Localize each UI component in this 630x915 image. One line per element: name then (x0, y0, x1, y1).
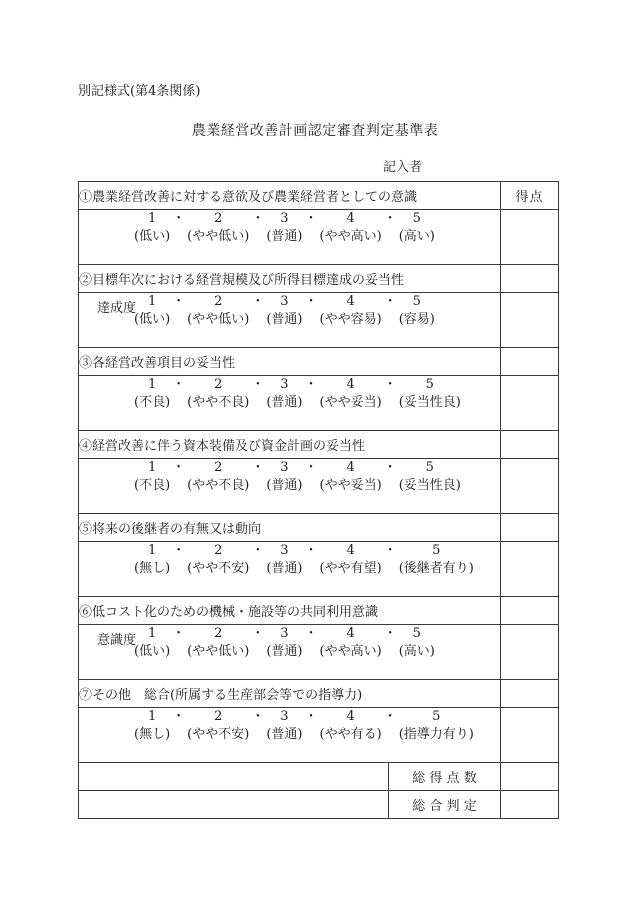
scale-option-label: (やや有る) (320, 726, 382, 744)
scale-option: 1(低い) (134, 625, 170, 661)
overall-judgment-row: 総 合 判 定 (79, 791, 559, 819)
scale-option-number: 1 (134, 459, 170, 477)
scale-option-number: 5 (399, 542, 474, 560)
scale-option: 5(指導力有り) (399, 708, 474, 744)
scale-separator-dot: ・ (305, 708, 318, 726)
score-cell (501, 293, 559, 348)
score-cell (501, 514, 559, 542)
scale-option-label: (妥当性良) (399, 477, 461, 495)
scale-option-label: (やや有望) (320, 560, 382, 578)
scale-option: 1(不良) (134, 459, 170, 495)
scale-option-label: (妥当性良) (399, 394, 461, 412)
scale-option-number: 1 (134, 625, 170, 643)
scale-option-number: 4 (320, 542, 382, 560)
scale-option-label: (やや高い) (320, 643, 382, 661)
scale-option: 4(やや有望) (320, 542, 382, 578)
criteria-sections: ①農業経営改善に対する意欲及び農業経営者としての意識得点1(低い)・2(やや低い… (79, 182, 559, 763)
scale-option-number: 4 (320, 708, 382, 726)
scale-separator-dot: ・ (384, 210, 397, 228)
scale-cell: 1(不良)・2(やや不良)・3(普通)・4(やや妥当)・5(妥当性良) (79, 459, 501, 514)
scale-option-number: 5 (399, 376, 461, 394)
section-heading-cell: ②目標年次における経営規模及び所得目標達成の妥当性 (79, 265, 501, 293)
scale-separator-dot: ・ (305, 542, 318, 560)
section-heading-cell: ④経営改善に伴う資本装備及び資金計画の妥当性 (79, 431, 501, 459)
scale-cell: 達成度1(低い)・2(やや低い)・3(普通)・4(やや容易)・5(容易) (79, 293, 501, 348)
score-cell (501, 265, 559, 293)
scale-option: 5(妥当性良) (399, 376, 461, 412)
scale-option-label: (普通) (266, 477, 302, 495)
section-heading-row: ③各経営改善項目の妥当性 (79, 348, 559, 376)
scale-option-label: (やや低い) (187, 643, 249, 661)
scale-separator-dot: ・ (172, 293, 185, 311)
scale-option-number: 3 (266, 376, 302, 394)
scale-option-label: (不良) (134, 477, 170, 495)
scale-option-number: 2 (187, 542, 249, 560)
scale-option-number: 3 (266, 542, 302, 560)
rating-scale: 1(低い)・2(やや低い)・3(普通)・4(やや容易)・5(容易) (79, 293, 500, 329)
scale-option-label: (やや不良) (187, 394, 249, 412)
overall-judgment-value-cell (501, 791, 559, 819)
scale-option-label: (普通) (266, 311, 302, 329)
section-heading-row: ①農業経営改善に対する意欲及び農業経営者としての意識得点 (79, 182, 559, 210)
scale-separator-dot: ・ (251, 210, 264, 228)
scale-separator-dot: ・ (251, 708, 264, 726)
score-cell (501, 597, 559, 625)
rating-scale: 1(無し)・2(やや不安)・3(普通)・4(やや有る)・5(指導力有り) (79, 708, 500, 744)
scale-option: 3(普通) (266, 376, 302, 412)
scale-option-label: (普通) (266, 726, 302, 744)
total-score-label: 総 得 点 数 (389, 763, 501, 791)
scale-separator-dot: ・ (384, 625, 397, 643)
scale-option-label: (低い) (134, 311, 170, 329)
score-cell (501, 210, 559, 265)
scale-option-number: 5 (399, 459, 461, 477)
scale-option-label: (普通) (266, 394, 302, 412)
scale-option: 1(低い) (134, 293, 170, 329)
scale-option: 1(無し) (134, 708, 170, 744)
scale-option-number: 5 (399, 293, 435, 311)
scale-option: 4(やや容易) (320, 293, 382, 329)
scale-separator-dot: ・ (305, 210, 318, 228)
summary-empty-cell (79, 791, 389, 819)
scale-option: 5(容易) (399, 293, 435, 329)
scale-prefix-label: 意識度 (97, 632, 136, 650)
scale-option-label: (やや妥当) (320, 477, 382, 495)
scale-separator-dot: ・ (384, 293, 397, 311)
section-heading-row: ④経営改善に伴う資本装備及び資金計画の妥当性 (79, 431, 559, 459)
scale-option: 3(普通) (266, 625, 302, 661)
scale-separator-dot: ・ (172, 210, 185, 228)
scale-option-label: (指導力有り) (399, 726, 474, 744)
scale-separator-dot: ・ (384, 376, 397, 394)
scale-option-number: 3 (266, 459, 302, 477)
scale-option: 4(やや妥当) (320, 376, 382, 412)
scale-separator-dot: ・ (251, 542, 264, 560)
scale-option: 3(普通) (266, 293, 302, 329)
scale-option: 1(低い) (134, 210, 170, 246)
scale-option: 1(不良) (134, 376, 170, 412)
score-cell (501, 348, 559, 376)
scale-option-label: (低い) (134, 643, 170, 661)
section-heading-cell: ⑥低コスト化のための機械・施設等の共同利用意識 (79, 597, 501, 625)
scale-option: 1(無し) (134, 542, 170, 578)
rating-scale: 1(低い)・2(やや低い)・3(普通)・4(やや高い)・5(高い) (79, 625, 500, 661)
section-heading-row: ⑦その他 総合(所属する生産部会等での指導力) (79, 680, 559, 708)
scale-option: 4(やや妥当) (320, 459, 382, 495)
scale-separator-dot: ・ (172, 542, 185, 560)
total-score-row: 総 得 点 数 (79, 763, 559, 791)
scale-option-number: 3 (266, 293, 302, 311)
scale-option: 5(高い) (399, 210, 435, 246)
scale-option-number: 3 (266, 210, 302, 228)
scale-option: 2(やや不安) (187, 542, 249, 578)
overall-judgment-label: 総 合 判 定 (389, 791, 501, 819)
scale-option-number: 2 (187, 293, 249, 311)
scale-option-label: (容易) (399, 311, 435, 329)
scale-option-label: (やや妥当) (320, 394, 382, 412)
scale-option-label: (普通) (266, 643, 302, 661)
scale-option-number: 1 (134, 708, 170, 726)
recorder-label: 記入者 (383, 156, 422, 175)
form-note: 別記様式(第4条関係) (78, 80, 200, 99)
scale-separator-dot: ・ (251, 625, 264, 643)
scale-option: 3(普通) (266, 708, 302, 744)
section-scale-row: 達成度1(低い)・2(やや低い)・3(普通)・4(やや容易)・5(容易) (79, 293, 559, 348)
scale-option: 5(妥当性良) (399, 459, 461, 495)
scale-option: 4(やや高い) (320, 625, 382, 661)
scale-cell: 1(不良)・2(やや不良)・3(普通)・4(やや妥当)・5(妥当性良) (79, 376, 501, 431)
score-cell (501, 376, 559, 431)
scale-option-label: (不良) (134, 394, 170, 412)
scale-option-label: (無し) (134, 726, 170, 744)
scale-separator-dot: ・ (305, 625, 318, 643)
scale-option: 4(やや高い) (320, 210, 382, 246)
scale-separator-dot: ・ (384, 459, 397, 477)
scale-option-label: (後継者有り) (399, 560, 474, 578)
scale-separator-dot: ・ (172, 708, 185, 726)
scale-option-number: 2 (187, 459, 249, 477)
scale-option-number: 4 (320, 459, 382, 477)
scale-option-number: 4 (320, 293, 382, 311)
scale-option: 3(普通) (266, 210, 302, 246)
scale-option-number: 5 (399, 210, 435, 228)
criteria-table: ①農業経営改善に対する意欲及び農業経営者としての意識得点1(低い)・2(やや低い… (78, 181, 559, 819)
document-page: 別記様式(第4条関係) 農業経営改善計画認定審査判定基準表 記入者 ①農業経営改… (0, 0, 630, 915)
scale-option-label: (無し) (134, 560, 170, 578)
rating-scale: 1(不良)・2(やや不良)・3(普通)・4(やや妥当)・5(妥当性良) (79, 376, 500, 412)
scale-separator-dot: ・ (172, 459, 185, 477)
rating-scale: 1(無し)・2(やや不安)・3(普通)・4(やや有望)・5(後継者有り) (79, 542, 500, 578)
score-cell (501, 708, 559, 763)
scale-option-number: 1 (134, 376, 170, 394)
scale-option: 2(やや低い) (187, 293, 249, 329)
scale-option-number: 1 (134, 293, 170, 311)
scale-option-label: (やや高い) (320, 228, 382, 246)
scale-option: 5(後継者有り) (399, 542, 474, 578)
scale-option-number: 4 (320, 625, 382, 643)
scale-separator-dot: ・ (305, 376, 318, 394)
score-cell (501, 680, 559, 708)
rating-scale: 1(不良)・2(やや不良)・3(普通)・4(やや妥当)・5(妥当性良) (79, 459, 500, 495)
scale-option: 3(普通) (266, 542, 302, 578)
scale-separator-dot: ・ (384, 708, 397, 726)
scale-separator-dot: ・ (172, 625, 185, 643)
score-cell (501, 459, 559, 514)
section-scale-row: 1(無し)・2(やや不安)・3(普通)・4(やや有望)・5(後継者有り) (79, 542, 559, 597)
scale-separator-dot: ・ (251, 459, 264, 477)
scale-option-number: 4 (320, 376, 382, 394)
scale-option-number: 2 (187, 210, 249, 228)
scale-separator-dot: ・ (251, 293, 264, 311)
scale-prefix-label: 達成度 (97, 300, 136, 318)
scale-separator-dot: ・ (384, 542, 397, 560)
score-cell (501, 542, 559, 597)
section-scale-row: 1(不良)・2(やや不良)・3(普通)・4(やや妥当)・5(妥当性良) (79, 459, 559, 514)
scale-option-label: (やや低い) (187, 311, 249, 329)
scale-option-number: 4 (320, 210, 382, 228)
scale-option: 3(普通) (266, 459, 302, 495)
rating-scale: 1(低い)・2(やや低い)・3(普通)・4(やや高い)・5(高い) (79, 210, 500, 246)
section-heading-cell: ③各経営改善項目の妥当性 (79, 348, 501, 376)
scale-separator-dot: ・ (251, 376, 264, 394)
scale-separator-dot: ・ (172, 376, 185, 394)
section-heading-row: ②目標年次における経営規模及び所得目標達成の妥当性 (79, 265, 559, 293)
scale-option-number: 2 (187, 708, 249, 726)
scale-option-label: (普通) (266, 560, 302, 578)
scale-option-number: 2 (187, 376, 249, 394)
scale-separator-dot: ・ (305, 459, 318, 477)
scale-option: 2(やや低い) (187, 625, 249, 661)
section-scale-row: 意識度1(低い)・2(やや低い)・3(普通)・4(やや高い)・5(高い) (79, 625, 559, 680)
score-cell (501, 431, 559, 459)
scale-option-label: (普通) (266, 228, 302, 246)
scale-option-number: 1 (134, 542, 170, 560)
scale-option: 2(やや低い) (187, 210, 249, 246)
scale-option-number: 5 (399, 708, 474, 726)
scale-separator-dot: ・ (305, 293, 318, 311)
scale-option-label: (高い) (399, 643, 435, 661)
scale-option-label: (やや低い) (187, 228, 249, 246)
section-heading-cell: ①農業経営改善に対する意欲及び農業経営者としての意識 (79, 182, 501, 210)
scale-option: 4(やや有る) (320, 708, 382, 744)
scale-option-label: (やや不良) (187, 477, 249, 495)
scale-option: 5(高い) (399, 625, 435, 661)
scale-option: 2(やや不良) (187, 459, 249, 495)
scale-option-label: (やや不安) (187, 560, 249, 578)
section-scale-row: 1(不良)・2(やや不良)・3(普通)・4(やや妥当)・5(妥当性良) (79, 376, 559, 431)
score-column-header: 得点 (501, 182, 559, 210)
scale-option-number: 1 (134, 210, 170, 228)
scale-option-number: 3 (266, 708, 302, 726)
scale-option-label: (低い) (134, 228, 170, 246)
section-heading-cell: ⑦その他 総合(所属する生産部会等での指導力) (79, 680, 501, 708)
section-heading-row: ⑥低コスト化のための機械・施設等の共同利用意識 (79, 597, 559, 625)
section-heading-cell: ⑤将来の後継者の有無又は動向 (79, 514, 501, 542)
criteria-summary: 総 得 点 数 総 合 判 定 (79, 763, 559, 819)
scale-option-label: (やや容易) (320, 311, 382, 329)
scale-cell: 1(無し)・2(やや不安)・3(普通)・4(やや有望)・5(後継者有り) (79, 542, 501, 597)
scale-option-label: (やや不安) (187, 726, 249, 744)
scale-option-number: 3 (266, 625, 302, 643)
scale-cell: 意識度1(低い)・2(やや低い)・3(普通)・4(やや高い)・5(高い) (79, 625, 501, 680)
scale-option-number: 2 (187, 625, 249, 643)
scale-option-label: (高い) (399, 228, 435, 246)
section-scale-row: 1(無し)・2(やや不安)・3(普通)・4(やや有る)・5(指導力有り) (79, 708, 559, 763)
page-title: 農業経営改善計画認定審査判定基準表 (0, 120, 630, 140)
summary-empty-cell (79, 763, 389, 791)
section-heading-row: ⑤将来の後継者の有無又は動向 (79, 514, 559, 542)
scale-cell: 1(低い)・2(やや低い)・3(普通)・4(やや高い)・5(高い) (79, 210, 501, 265)
scale-cell: 1(無し)・2(やや不安)・3(普通)・4(やや有る)・5(指導力有り) (79, 708, 501, 763)
scale-option-number: 5 (399, 625, 435, 643)
total-score-value-cell (501, 763, 559, 791)
score-cell (501, 625, 559, 680)
section-scale-row: 1(低い)・2(やや低い)・3(普通)・4(やや高い)・5(高い) (79, 210, 559, 265)
scale-option: 2(やや不安) (187, 708, 249, 744)
scale-option: 2(やや不良) (187, 376, 249, 412)
